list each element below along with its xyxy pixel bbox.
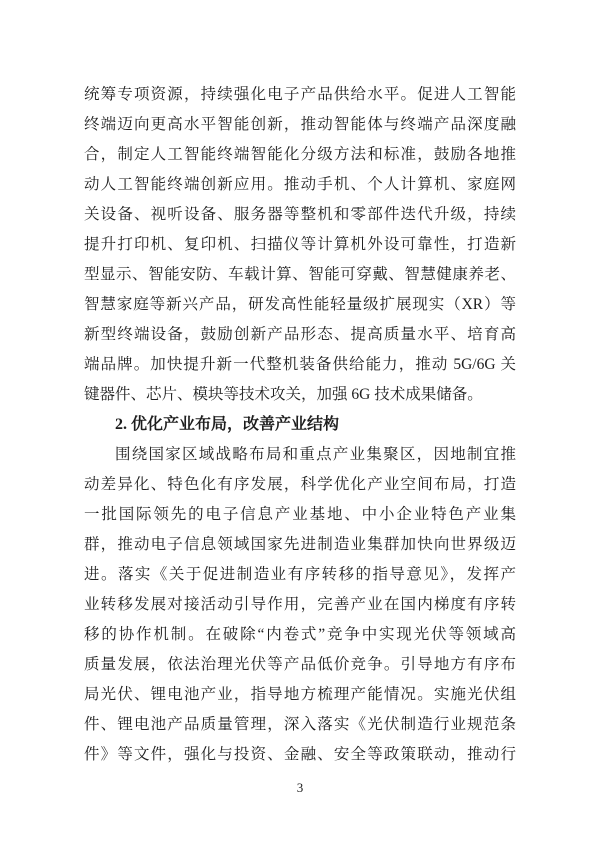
- body-line: 进。落实《关于促进制造业有序转移的指导意见》，发挥产: [84, 560, 516, 590]
- body-line: 件》等文件，强化与投资、金融、安全等政策联动，推动行: [84, 740, 516, 770]
- section-heading: 2. 优化产业布局，改善产业结构: [84, 410, 516, 440]
- body-line: 群，推动电子信息领域国家先进制造业集群加快向世界级迈: [84, 530, 516, 560]
- text-block: 统筹专项资源，持续强化电子产品供给水平。促进人工智能 终端迈向更高水平智能创新，…: [84, 80, 516, 770]
- body-line: 型显示、智能安防、车载计算、智能可穿戴、智慧健康养老、: [84, 260, 516, 290]
- body-line: 统筹专项资源，持续强化电子产品供给水平。促进人工智能: [84, 80, 516, 110]
- body-line: 关设备、视听设备、服务器等整机和零部件迭代升级，持续: [84, 200, 516, 230]
- body-line: 局光伏、锂电池产业，指导地方梳理产能情况。实施光伏组: [84, 680, 516, 710]
- page-number: 3: [0, 780, 600, 796]
- body-line: 质量发展，依法治理光伏等产品低价竞争。引导地方有序布: [84, 650, 516, 680]
- body-line: 合，制定人工智能终端智能化分级方法和标准，鼓励各地推: [84, 140, 516, 170]
- body-line: 端品牌。加快提升新一代整机装备供给能力，推动 5G/6G 关: [84, 350, 516, 380]
- body-line: 新型终端设备，鼓励创新产品形态、提高质量水平、培育高: [84, 320, 516, 350]
- body-line: 智慧家庭等新兴产品，研发高性能轻量级扩展现实（XR）等: [84, 290, 516, 320]
- body-line: 终端迈向更高水平智能创新，推动智能体与终端产品深度融: [84, 110, 516, 140]
- body-line: 业转移发展对接活动引导作用，完善产业在国内梯度有序转: [84, 590, 516, 620]
- body-line: 提升打印机、复印机、扫描仪等计算机外设可靠性，打造新: [84, 230, 516, 260]
- body-line: 动人工智能终端创新应用。推动手机、个人计算机、家庭网: [84, 170, 516, 200]
- document-page: 统筹专项资源，持续强化电子产品供给水平。促进人工智能 终端迈向更高水平智能创新，…: [0, 0, 600, 849]
- body-line: 件、锂电池产品质量管理，深入落实《光伏制造行业规范条: [84, 710, 516, 740]
- body-line: 动差异化、特色化有序发展，科学优化产业空间布局，打造: [84, 470, 516, 500]
- body-line: 一批国际领先的电子信息产业基地、中小企业特色产业集: [84, 500, 516, 530]
- body-line: 围绕国家区域战略布局和重点产业集聚区，因地制宜推: [84, 440, 516, 470]
- body-line: 移的协作机制。在破除“内卷式”竞争中实现光伏等领域高: [84, 620, 516, 650]
- body-line: 键器件、芯片、模块等技术攻关，加强 6G 技术成果储备。: [84, 380, 516, 410]
